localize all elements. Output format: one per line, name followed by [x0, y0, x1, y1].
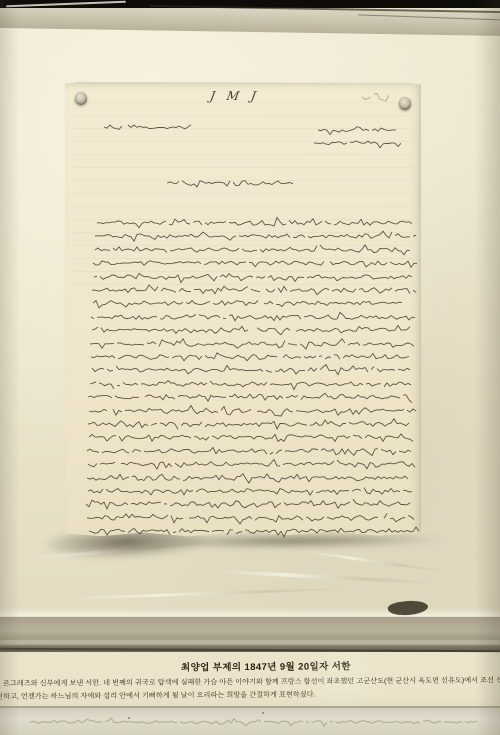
- push-pin-right-icon: [399, 97, 411, 110]
- display-case-photo: J M J 최양업 부제의 1847년 9월 20일자 서한 에서 르그레즈와 …: [0, 0, 500, 735]
- push-pin-left-icon: [75, 92, 87, 105]
- handwriting-layer: [0, 0, 500, 735]
